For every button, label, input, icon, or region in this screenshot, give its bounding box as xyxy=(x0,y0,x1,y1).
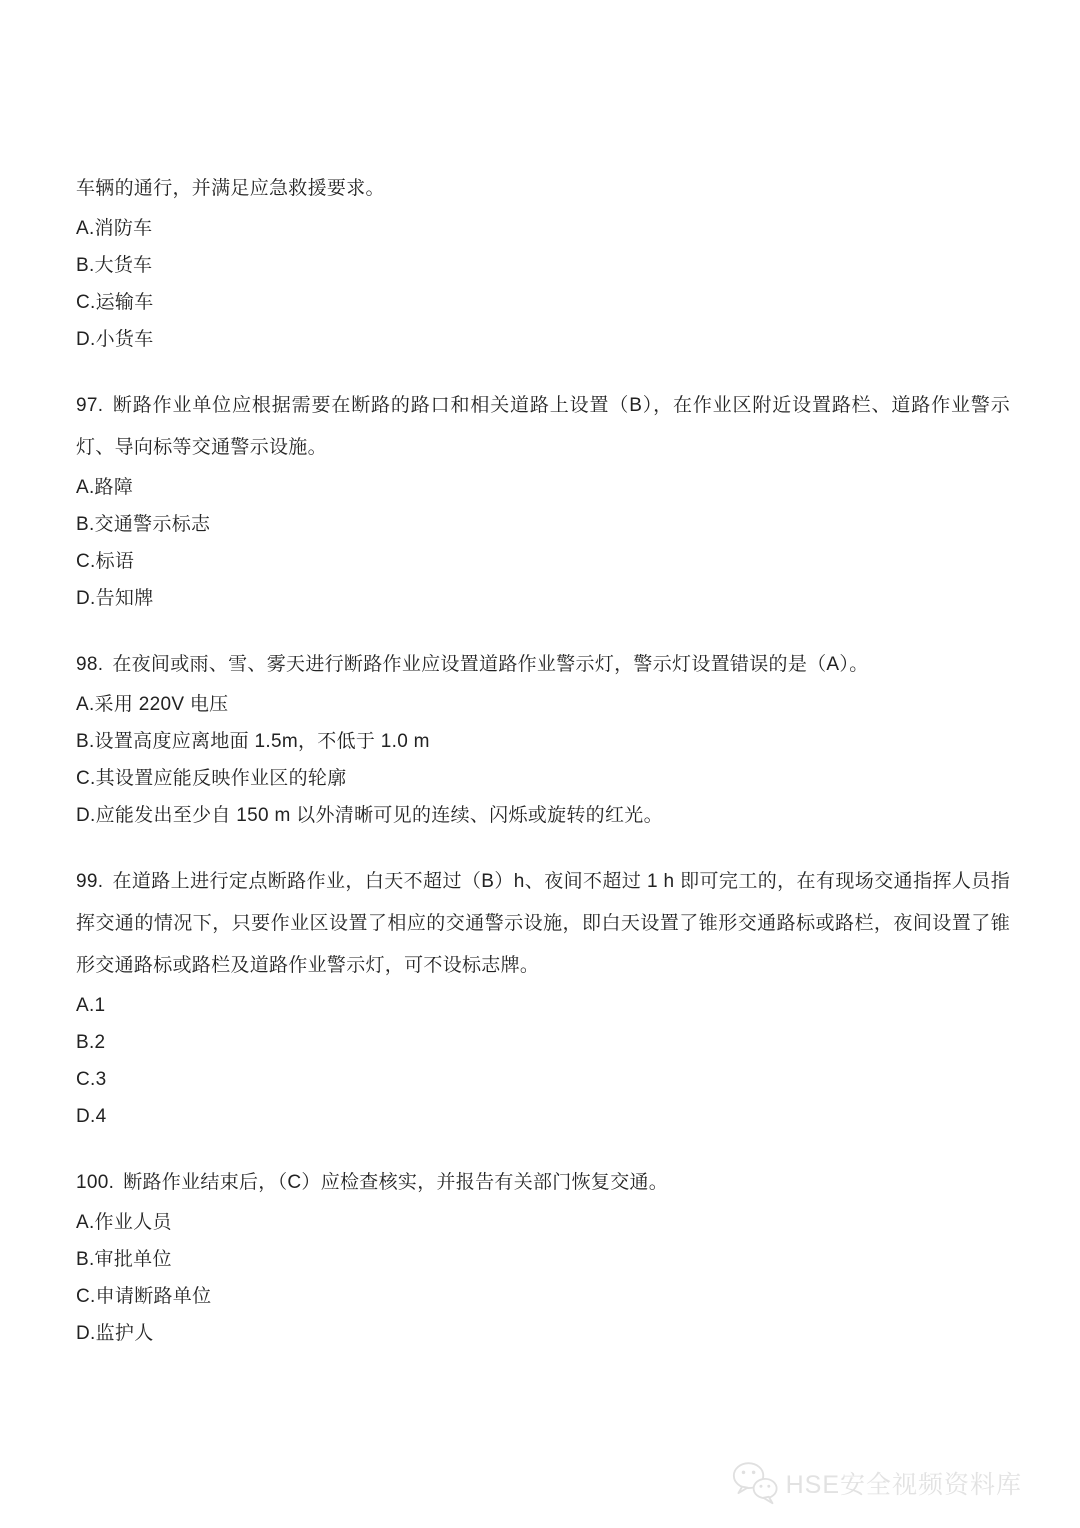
question-option-b: B.交通警示标志 xyxy=(76,506,1010,543)
question-stem-text: 断路作业结束后，（C）应检查核实，并报告有关部门恢复交通。 xyxy=(123,1172,668,1193)
question-number: 99. xyxy=(76,871,103,892)
question-option-b: B.2 xyxy=(76,1024,1010,1061)
exam-document-page: 车辆的通行，并满足应急救援要求。 A.消防车 B.大货车 C.运输车 D.小货车… xyxy=(0,0,1080,1528)
question-number: 100. xyxy=(76,1172,114,1193)
question-option-d: D.小货车 xyxy=(76,321,1010,358)
question-number: 97. xyxy=(76,395,103,416)
question-option-b: B.设置高度应离地面 1.5m，不低于 1.0 m xyxy=(76,723,1010,760)
watermark: HSE安全视频资料库 xyxy=(731,1460,1022,1506)
question-option-c: C.3 xyxy=(76,1061,1010,1098)
question-stem: 车辆的通行，并满足应急救援要求。 xyxy=(76,168,1010,210)
question-option-a: A.采用 220V 电压 xyxy=(76,686,1010,723)
question-option-a: A.作业人员 xyxy=(76,1204,1010,1241)
question-option-c: C.其设置应能反映作业区的轮廓 xyxy=(76,760,1010,797)
question-block-96-continuation: 车辆的通行，并满足应急救援要求。 A.消防车 B.大货车 C.运输车 D.小货车 xyxy=(76,168,1010,358)
question-stem-text: 在道路上进行定点断路作业，白天不超过（B）h、夜间不超过 1 h 即可完工的，在… xyxy=(76,871,1010,976)
question-block-100: 100.断路作业结束后，（C）应检查核实，并报告有关部门恢复交通。 A.作业人员… xyxy=(76,1162,1010,1352)
question-option-a: A.消防车 xyxy=(76,210,1010,247)
question-option-d: D.应能发出至少自 150 m 以外清晰可见的连续、闪烁或旋转的红光。 xyxy=(76,797,1010,834)
question-option-d: D.4 xyxy=(76,1098,1010,1135)
question-block-97: 97.断路作业单位应根据需要在断路的路口和相关道路上设置（B），在作业区附近设置… xyxy=(76,385,1010,617)
question-option-a: A.路障 xyxy=(76,469,1010,506)
question-block-98: 98.在夜间或雨、雪、雾天进行断路作业应设置道路作业警示灯，警示灯设置错误的是（… xyxy=(76,644,1010,834)
question-stem: 99.在道路上进行定点断路作业，白天不超过（B）h、夜间不超过 1 h 即可完工… xyxy=(76,861,1010,987)
question-number: 98. xyxy=(76,654,103,675)
question-stem: 100.断路作业结束后，（C）应检查核实，并报告有关部门恢复交通。 xyxy=(76,1162,1010,1204)
question-option-c: C.申请断路单位 xyxy=(76,1278,1010,1315)
question-block-99: 99.在道路上进行定点断路作业，白天不超过（B）h、夜间不超过 1 h 即可完工… xyxy=(76,861,1010,1135)
question-option-b: B.大货车 xyxy=(76,247,1010,284)
question-option-d: D.监护人 xyxy=(76,1315,1010,1352)
question-option-c: C.标语 xyxy=(76,543,1010,580)
question-option-a: A.1 xyxy=(76,987,1010,1024)
question-stem: 97.断路作业单位应根据需要在断路的路口和相关道路上设置（B），在作业区附近设置… xyxy=(76,385,1010,469)
watermark-text: HSE安全视频资料库 xyxy=(786,1465,1022,1501)
question-stem-text: 断路作业单位应根据需要在断路的路口和相关道路上设置（B），在作业区附近设置路栏、… xyxy=(76,395,1010,458)
question-stem-text: 在夜间或雨、雪、雾天进行断路作业应设置道路作业警示灯，警示灯设置错误的是（A）。 xyxy=(112,654,868,675)
question-list: 车辆的通行，并满足应急救援要求。 A.消防车 B.大货车 C.运输车 D.小货车… xyxy=(76,168,1010,1379)
question-option-c: C.运输车 xyxy=(76,284,1010,321)
question-stem: 98.在夜间或雨、雪、雾天进行断路作业应设置道路作业警示灯，警示灯设置错误的是（… xyxy=(76,644,1010,686)
question-option-b: B.审批单位 xyxy=(76,1241,1010,1278)
question-option-d: D.告知牌 xyxy=(76,580,1010,617)
wechat-icon xyxy=(731,1460,779,1506)
question-stem-text: 车辆的通行，并满足应急救援要求。 xyxy=(76,178,385,199)
